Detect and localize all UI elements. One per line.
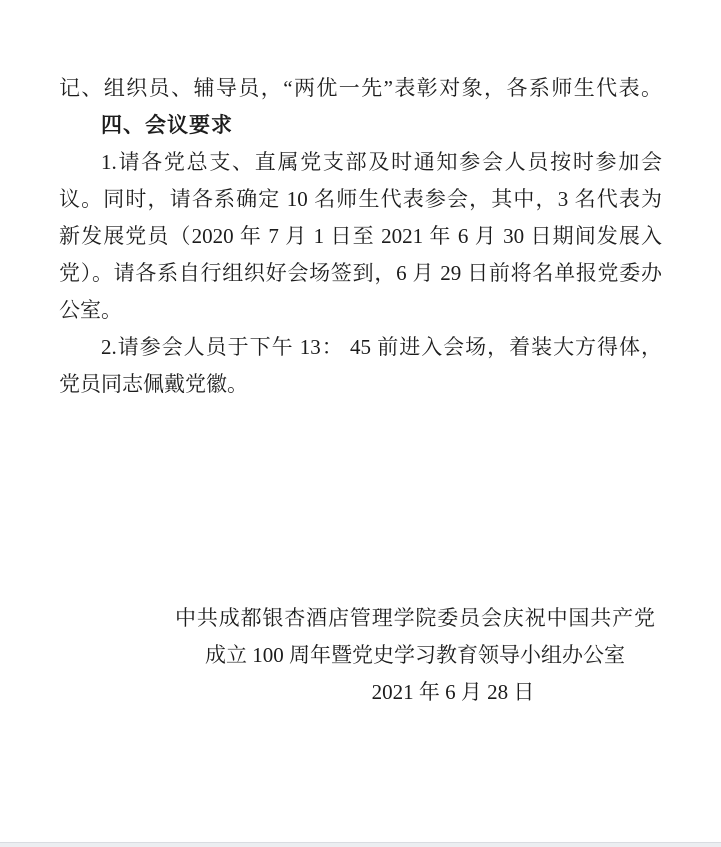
page-bottom-edge: [0, 842, 721, 847]
paragraph-attendees-continuation: 记、组织员、辅导员，“两优一先”表彰对象，各系师生代表。: [59, 70, 662, 107]
signature-org-line1: 中共成都银杏酒店管理学院委员会庆祝中国共产党: [175, 600, 655, 637]
signature-date: 2021 年 6 月 28 日: [213, 674, 693, 711]
paragraph-item1-line1: 1.请各党总支、直属党支部及时通知参会人员按时参加会: [59, 144, 662, 181]
paragraph-item2-line2: 党员同志佩戴党徽。: [59, 366, 662, 403]
document-page: 记、组织员、辅导员，“两优一先”表彰对象，各系师生代表。 四、会议要求 1.请各…: [0, 0, 721, 847]
paragraph-item2-line1: 2.请参会人员于下午 13： 45 前进入会场，着装大方得体，: [59, 329, 662, 366]
paragraph-item1-line5: 公室。: [59, 292, 662, 329]
paragraph-item1-line2: 议。同时，请各系确定 10 名师生代表参会，其中，3 名代表为: [59, 181, 662, 218]
paragraph-item1-line4: 党）。请各系自行组织好会场签到，6 月 29 日前将名单报党委办: [59, 255, 662, 292]
section-heading-meeting-requirements: 四、会议要求: [59, 107, 662, 144]
signature-org-line2: 成立 100 周年暨党史学习教育领导小组办公室: [175, 637, 655, 674]
document-body: 记、组织员、辅导员，“两优一先”表彰对象，各系师生代表。 四、会议要求 1.请各…: [0, 0, 721, 711]
signature-block: 中共成都银杏酒店管理学院委员会庆祝中国共产党 成立 100 周年暨党史学习教育领…: [175, 600, 655, 711]
paragraph-item1-line3: 新发展党员（2020 年 7 月 1 日至 2021 年 6 月 30 日期间发…: [59, 218, 662, 255]
